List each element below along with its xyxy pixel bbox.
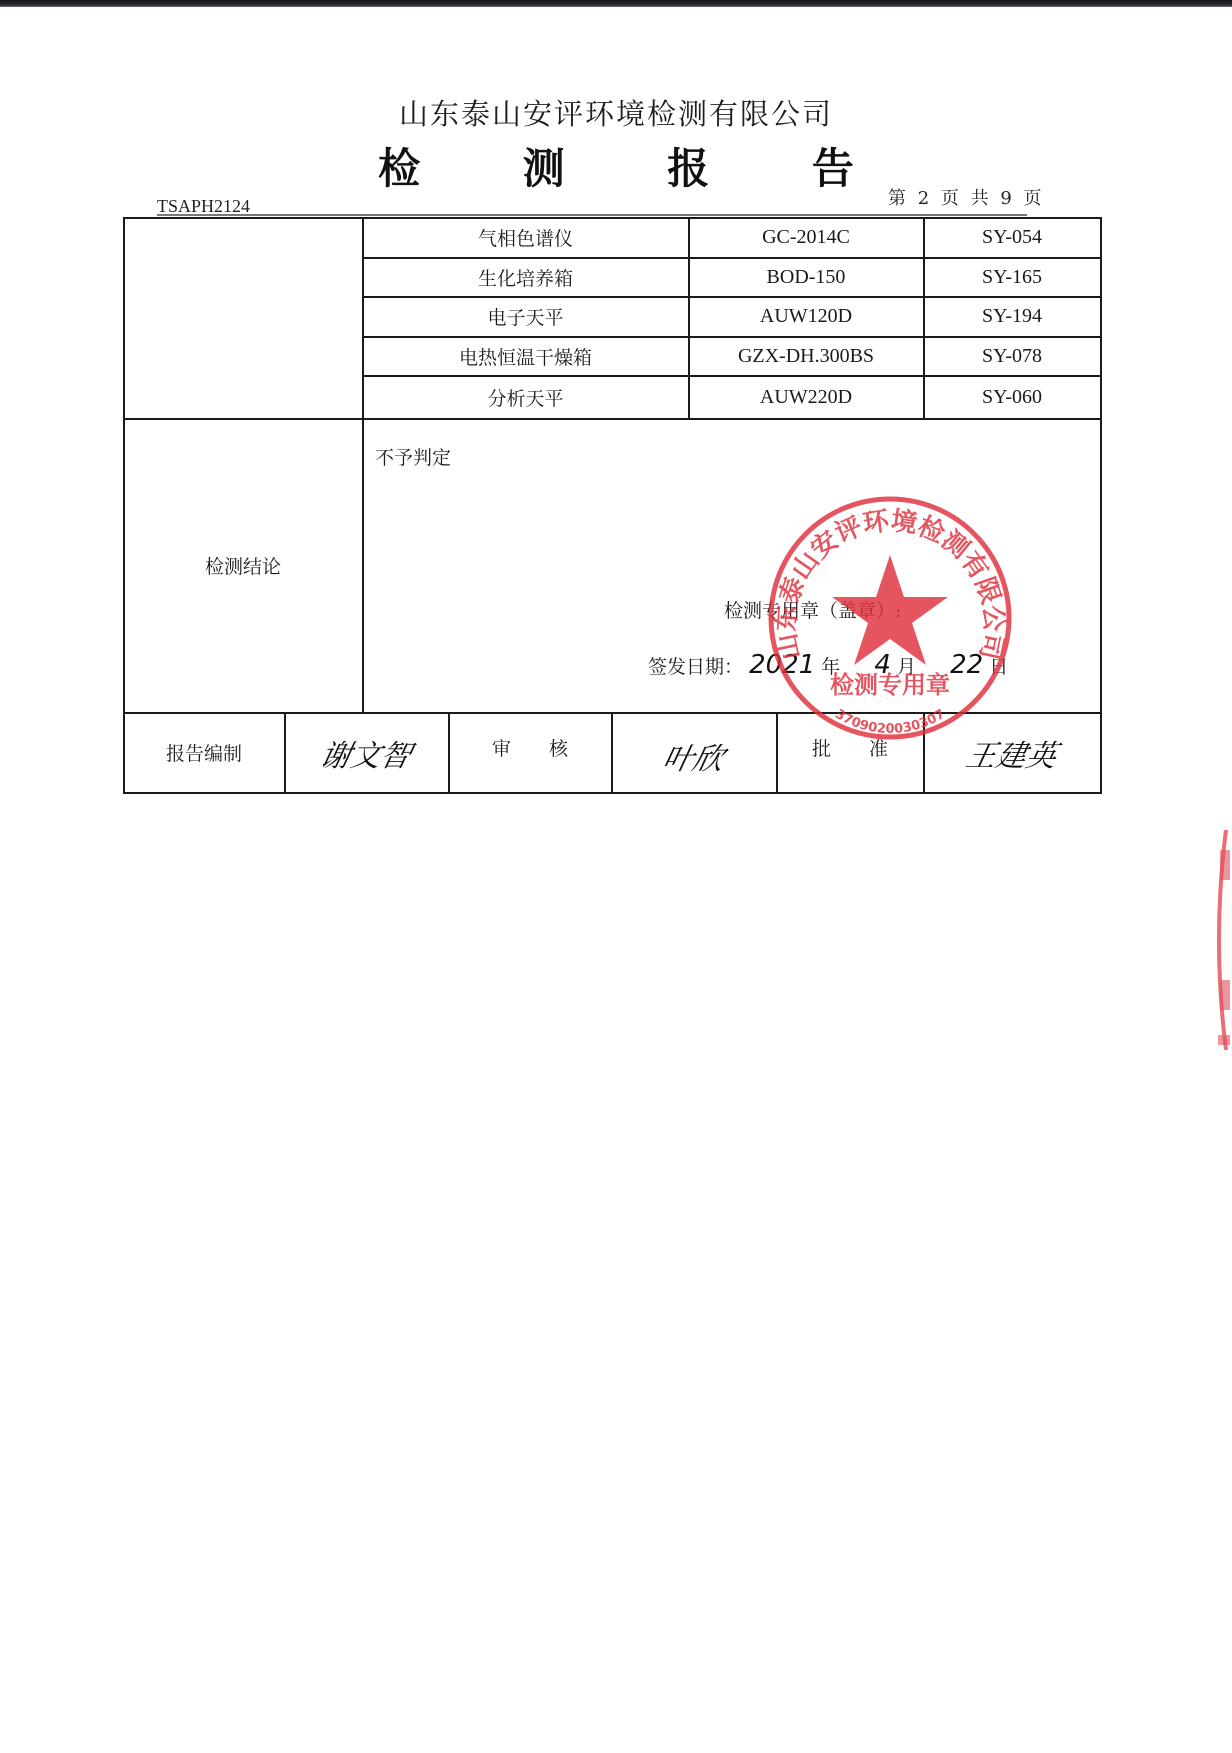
equipment-id: SY-054 [924,218,1100,257]
partial-seal-icon [1208,830,1232,1050]
equipment-model: AUW220D [689,376,923,418]
seal-label: 检测专用章（盖章）: [724,596,901,623]
approve-signature: 王建英 [916,713,1109,792]
seal-ring-text: 山东泰山安评环境检测有限公司 [771,505,1008,662]
month-unit: 月 [897,656,916,678]
report-title: 检 测 报 告 [0,136,1232,196]
equipment-name: 电热恒温干燥箱 [363,337,688,375]
issue-date-label: 签发日期： [648,656,743,678]
equipment-id: SY-165 [924,258,1100,296]
page-info: 第 2 页 共 9 页 [888,184,1045,210]
svg-text:山东泰山安评环境检测有限公司: 山东泰山安评环境检测有限公司 [771,505,1008,662]
equipment-name: 生化培养箱 [363,258,688,296]
day-unit: 日 [989,656,1008,678]
equipment-name: 气相色谱仪 [363,218,688,257]
handwritten-day: 22 [950,650,983,680]
issue-date: 签发日期： 2021 年 4 月 22 日 [648,650,1008,680]
equipment-id: SY-060 [924,376,1100,418]
year-unit: 年 [821,656,840,678]
equipment-id: SY-194 [924,297,1100,336]
header-rule [157,214,1027,216]
equipment-model: GZX-DH.300BS [689,337,923,375]
equipment-model: AUW120D [689,297,923,336]
review-signature: 叶欣 [604,716,785,795]
equipment-model: BOD-150 [689,258,923,296]
equipment-id: SY-078 [924,337,1100,375]
company-name: 山东泰山安评环境检测有限公司 [0,92,1232,133]
handwritten-month: 4 [874,650,891,680]
prepared-signature: 谢文智 [277,713,457,792]
equipment-model: GC-2014C [689,218,923,257]
equipment-name: 分析天平 [363,376,688,418]
scan-edge [0,0,1232,7]
review-label: 审 核 [449,708,611,787]
prepared-label: 报告编制 [124,713,284,792]
approve-label: 批 准 [777,708,923,787]
conclusion-text: 不予判定 [375,443,451,470]
equipment-name: 电子天平 [363,297,688,336]
handwritten-year: 2021 [749,650,815,680]
table-border-right [1100,217,1102,793]
conclusion-label: 检测结论 [124,419,362,712]
